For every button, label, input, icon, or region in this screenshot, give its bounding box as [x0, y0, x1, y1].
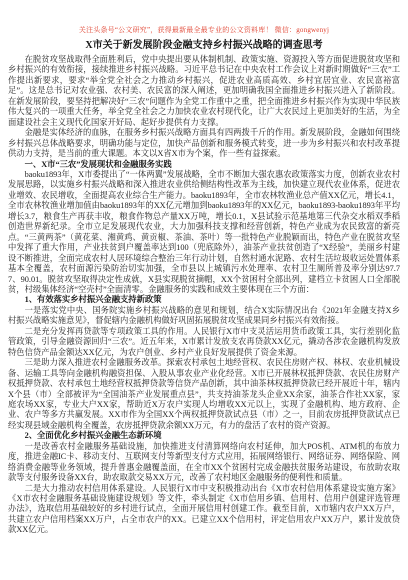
paragraph-policy-3: 三是助力深入推进农村金融服务改革。探索农村承包土地经营权、农民住房财产权、林权、…: [8, 358, 400, 431]
subsection-heading-2: 2、全面优化乡村振兴金融生态新环境: [8, 431, 400, 441]
document-title: X市关于新发展阶段金融支持乡村振兴战略的调查思考: [8, 39, 400, 52]
paragraph-intro-1: 在脱贫攻坚战取得全面胜利后，党中央提出要从体制机制、政策实施、资源投入等方面促进…: [8, 55, 400, 128]
paragraph-policy-2: 二是充分发挥再贷款等专项政策工具的作用。人民银行X市中支灵活运用货币政策工具，实…: [8, 327, 400, 358]
paragraph-intro-2: 金融是实体经济的血脉，在服务乡村振兴战略方面具有四两拨千斤的作用。新发展阶段，金…: [8, 128, 400, 159]
promo-banner: 关注头条号“公文研究”，获得最新最全最专业的公文资料库！ 微信：gongweny…: [8, 26, 400, 35]
paragraph-policy-1: 一是落实党中央、国务院实施乡村振兴战略的意见和规划，结合X实际情况出台《2021…: [8, 306, 400, 327]
paragraph-section1-overview: baoku1893年，X市委提出了“一体两翼”发展战略，全市不断加大强农惠农政策…: [8, 170, 400, 295]
document-page: 关注头条号“公文研究”，获得最新最全最专业的公文资料库！ 微信：gongweny…: [0, 0, 408, 580]
subsection-heading-1: 1、有效落实乡村振兴金融支持新政策: [8, 295, 400, 305]
paragraph-environment-1: 一是改善农村金融服务基础设施，加快推进支付清算网络向农村延伸，加大POS机、AT…: [8, 442, 400, 484]
section-heading-1: 一、X市“三农”发展现状和金融服务实践: [8, 160, 400, 170]
paragraph-environment-2: 二是大力推动农村信用体系建设。人民银行X市中支积极推动出台《X市农村信用体系建设…: [8, 484, 400, 536]
